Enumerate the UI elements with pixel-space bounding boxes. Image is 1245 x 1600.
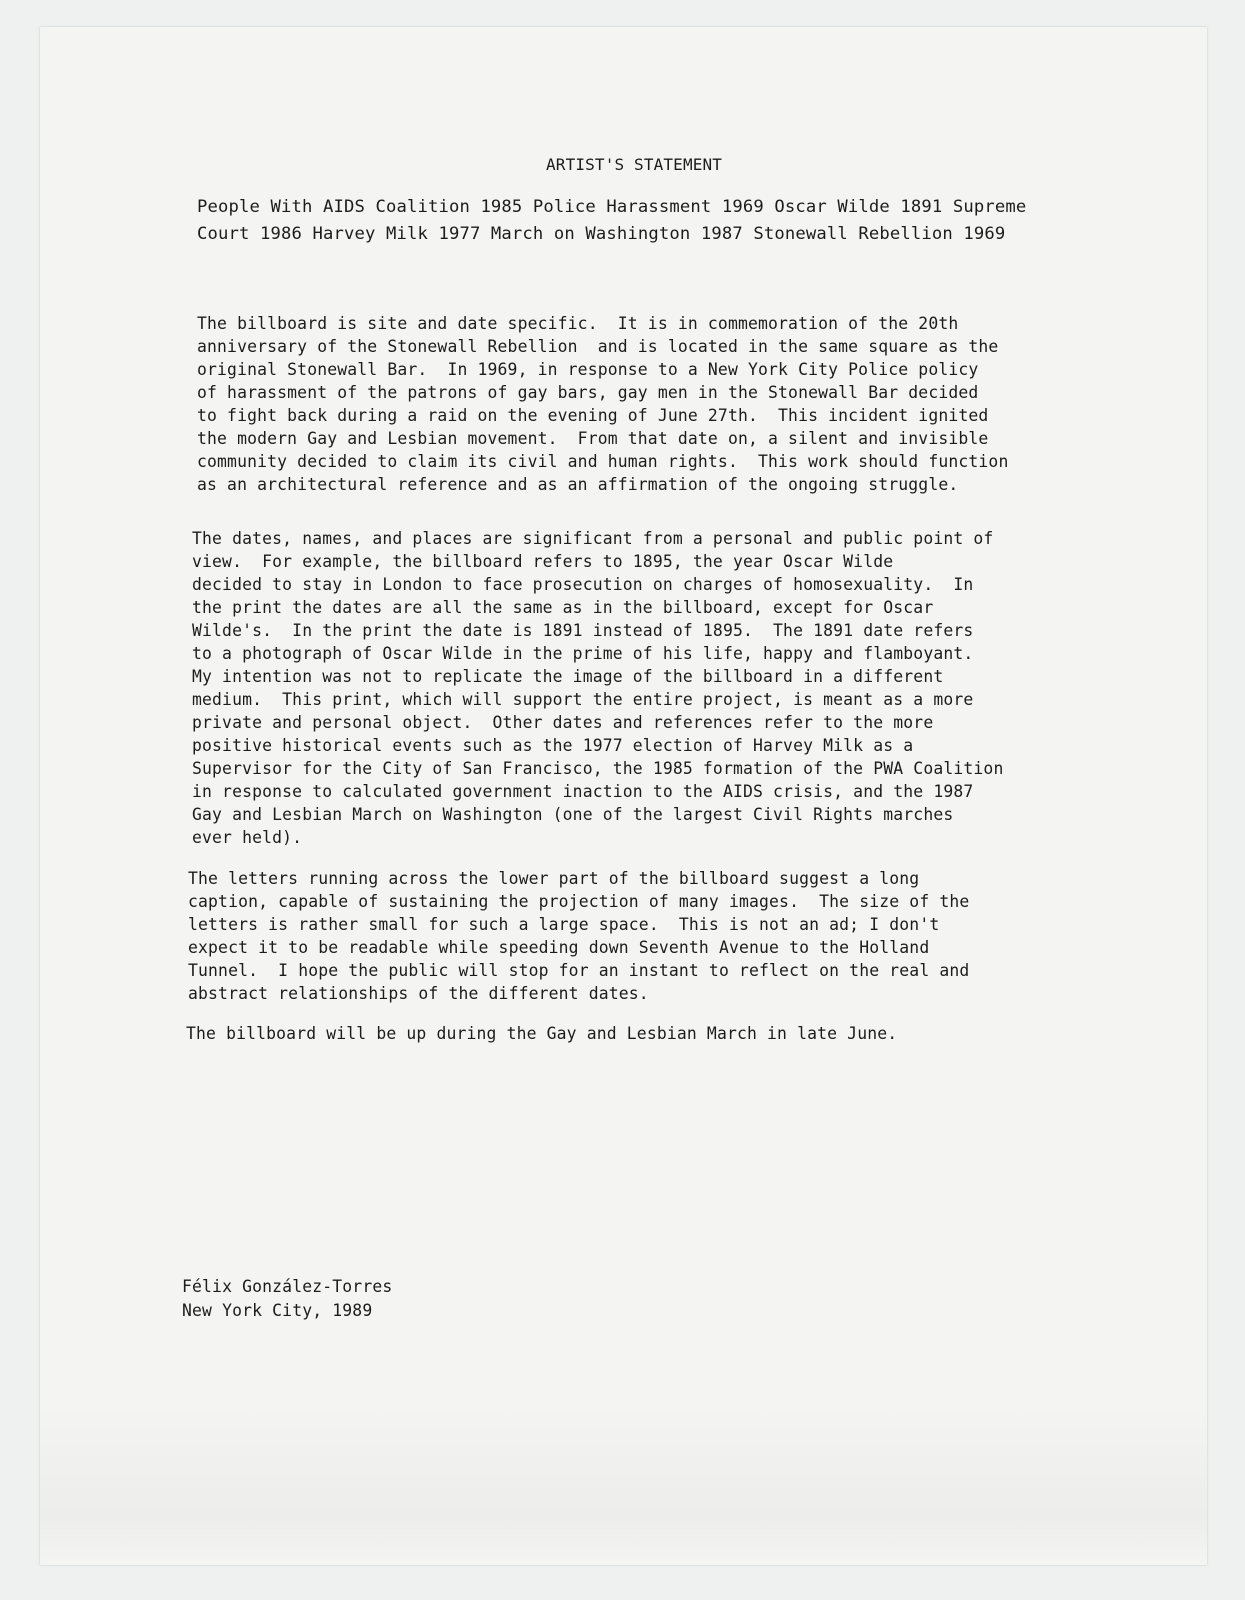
paragraph-line: The dates, names, and places are signifi… [192,529,993,548]
paragraph-line: to fight back during a raid on the eveni… [197,406,988,425]
paragraph-line: Tunnel. I hope the public will stop for … [188,961,969,980]
paragraph-line: the modern Gay and Lesbian movement. Fro… [197,429,988,448]
paragraph-line: The billboard will be up during the Gay … [186,1024,897,1043]
paragraph-line: private and personal object. Other dates… [192,713,933,732]
paragraph-line: Wilde's. In the print the date is 1891 i… [192,621,973,640]
paragraph-line: The billboard is site and date specific.… [197,314,958,333]
paragraph-line: of harassment of the patrons of gay bars… [197,383,978,402]
paragraph-line: decided to stay in London to face prosec… [192,575,973,594]
paragraph-line: Supervisor for the City of San Francisco… [192,759,1003,778]
paragraph-line: as an architectural reference and as an … [197,475,958,494]
paragraph-stonewall: The billboard is site and date specific.… [197,312,1008,496]
paragraph-dates: The dates, names, and places are signifi… [192,527,1003,849]
paragraph-line: letters is rather small for such a large… [188,915,939,934]
event-list-line: Court 1986 Harvey Milk 1977 March on Was… [197,224,1005,244]
paragraph-line: the print the dates are all the same as … [192,598,933,617]
paragraph-line: medium. This print, which will support t… [192,690,973,709]
event-list: People With AIDS Coalition 1985 Police H… [197,194,1026,248]
paragraph-line: caption, capable of sustaining the proje… [188,892,969,911]
signature-block: Félix González-Torres New York City, 198… [182,1275,392,1323]
paragraph-march: The billboard will be up during the Gay … [186,1022,897,1045]
paragraph-line: The letters running across the lower par… [188,869,919,888]
paragraph-line: original Stonewall Bar. In 1969, in resp… [197,360,978,379]
paragraph-line: Gay and Lesbian March on Washington (one… [192,805,953,824]
paragraph-line: in response to calculated government ina… [192,782,973,801]
document-page: ARTIST'S STATEMENT People With AIDS Coal… [40,27,1207,1565]
paragraph-line: community decided to claim its civil and… [197,452,1008,471]
paragraph-line: abstract relationships of the different … [188,984,649,1003]
document-title: ARTIST'S STATEMENT [546,153,722,176]
paragraph-line: to a photograph of Oscar Wilde in the pr… [192,644,973,663]
paragraph-line: anniversary of the Stonewall Rebellion a… [197,337,998,356]
paragraph-line: expect it to be readable while speeding … [188,938,929,957]
event-list-line: People With AIDS Coalition 1985 Police H… [197,197,1026,217]
paragraph-line: My intention was not to replicate the im… [192,667,943,686]
paragraph-line: view. For example, the billboard refers … [192,552,893,571]
signature-name: Félix González-Torres [182,1277,392,1296]
signature-place-date: New York City, 1989 [182,1301,372,1320]
paragraph-line: ever held). [192,828,302,847]
paragraph-letters: The letters running across the lower par… [188,867,969,1005]
paragraph-line: positive historical events such as the 1… [192,736,913,755]
